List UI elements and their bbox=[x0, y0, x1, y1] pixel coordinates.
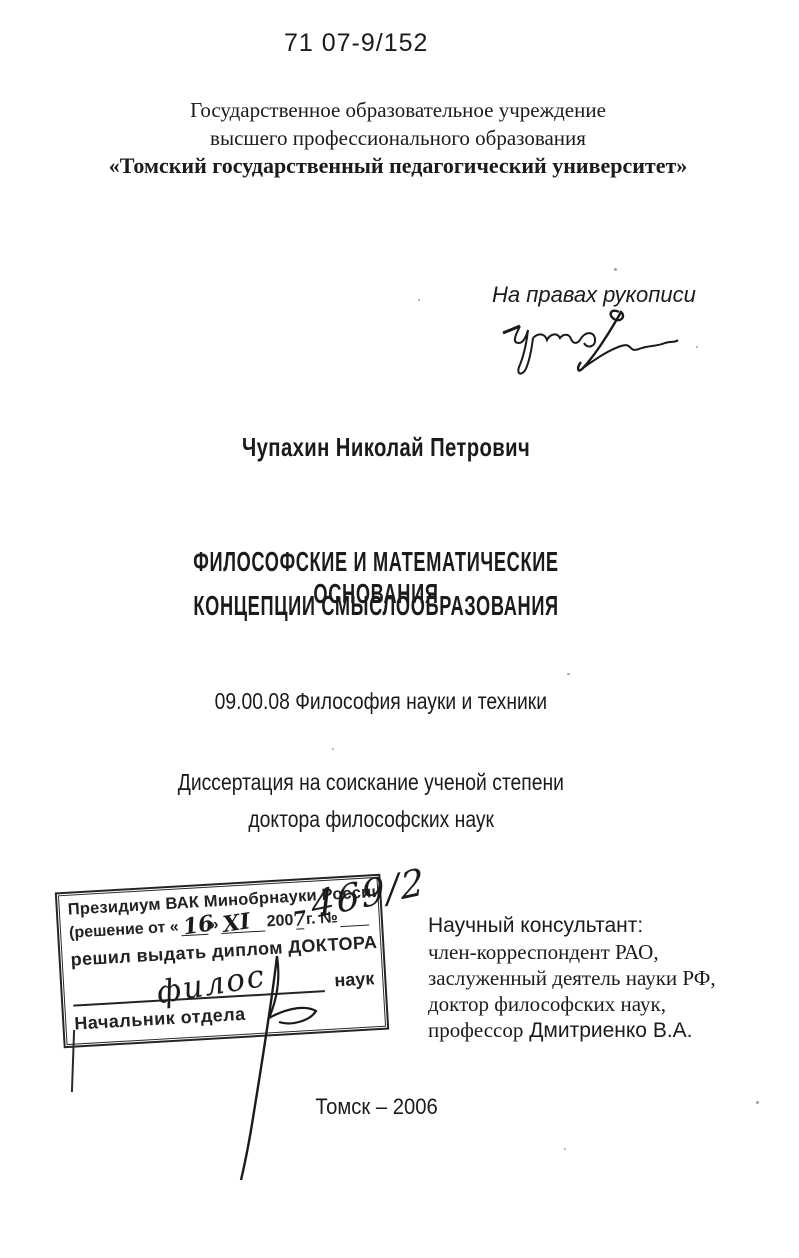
consultant-name: Дмитриенко В.А. bbox=[529, 1019, 692, 1042]
official-signature bbox=[225, 948, 335, 1183]
catalog-number: 71 07-9/152 bbox=[284, 29, 428, 58]
scan-speck bbox=[418, 299, 420, 301]
scientific-consultant-block: Научный консультант: член-корреспондент … bbox=[428, 913, 716, 1044]
author-signature bbox=[497, 306, 682, 378]
scan-speck bbox=[756, 1101, 759, 1104]
stamp-month-blank: XI bbox=[220, 914, 265, 934]
consultant-line-3: заслуженный деятель науки РФ, bbox=[428, 965, 716, 991]
dissertation-title-page: 71 07-9/152 Государственное образователь… bbox=[0, 0, 799, 1258]
institution-line-1: Государственное образовательное учрежден… bbox=[0, 96, 796, 124]
institution-block: Государственное образовательное учрежден… bbox=[0, 96, 796, 180]
consultant-line-2: член-корреспондент РАО, bbox=[428, 939, 716, 965]
handwritten-day: 16 bbox=[181, 910, 215, 940]
institution-line-2: высшего профессионального образования bbox=[0, 124, 796, 152]
scan-speck bbox=[696, 346, 698, 348]
manuscript-rights-note: На правах рукописи bbox=[492, 282, 696, 308]
stamp-day-blank: 16 bbox=[180, 918, 208, 937]
institution-name: «Томский государственный педагогический … bbox=[0, 152, 796, 180]
consultant-line-5: профессор Дмитриенко В.А. bbox=[428, 1017, 716, 1044]
consultant-heading: Научный консультант: bbox=[428, 913, 716, 939]
consultant-line-4: доктор философских наук, bbox=[428, 991, 716, 1017]
dissertation-title-line-2: КОНЦЕПЦИИ СМЫСЛООБРАЗОВАНИЯ bbox=[0, 590, 752, 622]
handwritten-year-digit: 7 bbox=[291, 906, 308, 932]
thesis-type-line-1: Диссертация на соискание ученой степени bbox=[0, 769, 742, 796]
thesis-type-line-2: доктора философских наук bbox=[0, 806, 742, 833]
author-name: Чупахин Николай Петрович bbox=[242, 432, 530, 463]
stamp-year-blank: 7 bbox=[295, 912, 305, 929]
scan-speck bbox=[614, 268, 617, 271]
specialty-code: 09.00.08 Философия науки и техники bbox=[0, 688, 762, 715]
scan-speck bbox=[332, 748, 334, 750]
handwritten-month: XI bbox=[221, 908, 252, 938]
city-and-year: Томск – 2006 bbox=[0, 1094, 754, 1120]
scan-speck bbox=[567, 673, 570, 675]
scan-speck bbox=[564, 1148, 566, 1150]
